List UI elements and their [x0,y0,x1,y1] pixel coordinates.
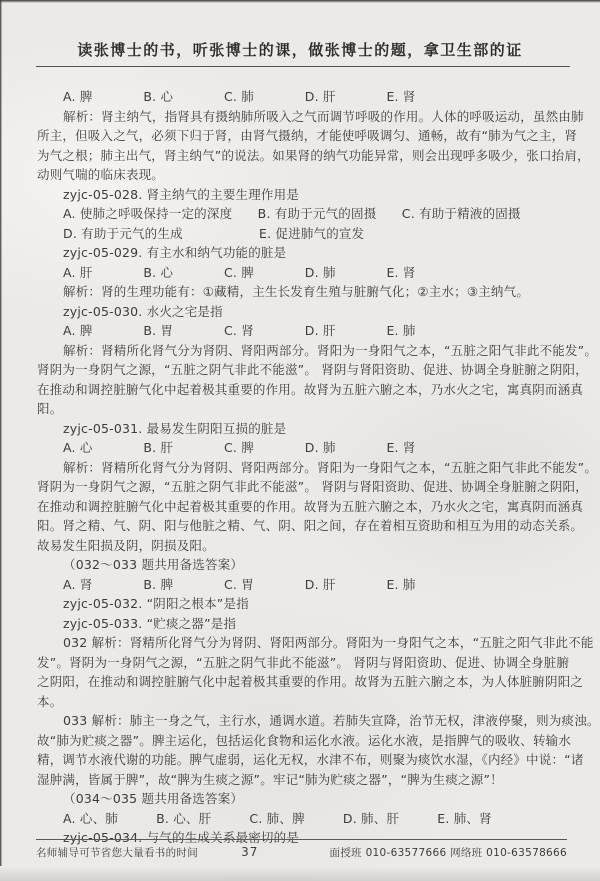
footer-left-note: 名师辅导可节省您大量看书的时间 [36,845,198,860]
text-line: zyjc-05-030. 水火之宅是指 [37,302,567,322]
text-line: zyjc-05-032. “阴阳之根本”是指 [37,594,567,614]
text-line: 肾阴为一身阴气之源，“五脏之阴气非此不能滋”。 肾阴与肾阳资助、促进、协调全身脏… [37,360,567,380]
text-line: 032 解析：肾精所化肾气分为肾阴、肾阳两部分。肾阳为一身阳气之本，“五脏之阳气… [37,633,567,653]
scan-edge-left [0,0,2,866]
page-footer: 名师辅导可节省您大量看书的时间 37 面授班 010-63577666 网络班 … [36,845,567,860]
text-line: D. 有助于元气的生成 E. 促进肺气的宣发 [37,224,567,244]
scan-edge-bottom [0,867,600,881]
scanned-page: 读张博士的书，听张博士的课，做张博士的题，拿卫生部的证 A. 脾 B. 心 C.… [0,0,600,881]
text-line: A. 肝 B. 心 C. 脾 D. 肺 E. 肾 [37,263,567,283]
text-line: 解析：肾的生理功能有：①藏精，主生长发育生殖与脏腑气化；②主水；③主纳气。 [37,282,567,302]
text-line: 阳。 [37,399,567,419]
text-line: 解析：肾精所化肾气分为肾阴、肾阳两部分。肾阳为一身阳气之本，“五脏之阳气非此不能… [37,458,567,478]
text-line: 肾阴为一身阴气之源，“五脏之阴气非此不能滋”。 肾阴与肾阳资助、促进、协调全身脏… [37,477,567,497]
text-line: 动则气喘的临床表现。 [37,165,567,185]
text-line: 精，调节水液代谢的功能。脾气虚弱，运化无权，水津不布，则聚为痰饮水湿，《内经》中… [37,750,567,770]
text-line: A. 脾 B. 心 C. 肺 D. 肝 E. 肾 [37,87,567,107]
text-line: 033 解析：肺主一身之气，主行水，通调水道。若肺失宣降，治节无权，津液停聚，则… [37,711,567,731]
text-line: A. 肾 B. 脾 C. 胃 D. 肝 E. 肺 [37,575,567,595]
text-line: 阳。肾之精、气、阴、阳与他脏之精、气、阴、阳之间，存在着相互资助和相互为用的动态… [37,516,567,536]
text-line: 之阴阳，在推动和调控脏腑气化中起着极其重要的作用。故肾为五脏六腑之本，为人体脏腑… [37,672,567,692]
text-line: 本。 [37,692,567,712]
text-line: 在推动和调控脏腑气化中起着极其重要的作用。故肾为五脏六腑之本，乃水火之宅，寓真阴… [37,380,567,400]
footer-divider [36,839,567,840]
text-line: A. 脾 B. 胃 C. 肾 D. 肝 E. 肺 [37,321,567,341]
text-line: （032～033 题共用备选答案） [37,555,567,575]
text-line: zyjc-05-029. 有主水和纳气功能的脏是 [37,243,567,263]
footer-page-number: 37 [241,845,258,859]
footer-right-contact: 面授班 010-63577666 网络班 010-63578666 [330,845,567,860]
text-line: zyjc-05-033. “贮痰之器”是指 [37,614,567,634]
text-line: 解析：肾主纳气，指肾具有摄纳肺所吸入之气而调节呼吸的作用。人体的呼吸运动，虽然由… [37,107,567,127]
scan-edge-top [0,0,600,3]
text-line: A. 心 B. 肝 C. 脾 D. 肺 E. 肾 [37,438,567,458]
text-line: 在推动和调控脏腑气化中起着极其重要的作用。故肾为五脏六腑之本，乃水火之宅，寓真阴… [37,497,567,517]
text-line: 故易发生阳损及阴，阴损及阳。 [37,536,567,556]
header-slogan: 读张博士的书，听张博士的课，做张博士的题，拿卫生部的证 [40,39,560,60]
text-line: 为气之根；肺主出气，肾主纳气”的说法。如果肾的纳气功能异常，则会出现呼多吸少，张… [37,146,567,166]
document-body: A. 脾 B. 心 C. 肺 D. 肝 E. 肾解析：肾主纳气，指肾具有摄纳肺所… [37,87,567,848]
text-line: zyjc-05-028. 肾主纳气的主要生理作用是 [37,185,567,205]
text-line: zyjc-05-031. 最易发生阴阳互损的脏是 [37,419,567,439]
text-line: （034～035 题共用备选答案） [37,789,567,809]
text-line: A. 使肺之呼吸保持一定的深度 B. 有助于元气的固摄 C. 有助于精液的固摄 [37,204,567,224]
text-line: 所主，但吸入之气，必须下归于肾，由肾气摄纳，才能使呼吸调匀、通畅，故有“肺为气之… [37,126,567,146]
text-line: 解析：肾精所化肾气分为肾阴、肾阳两部分。肾阳为一身阳气之本，“五脏之阳气非此不能… [37,341,567,361]
text-line: 发”。肾阴为一身阴气之源，“五脏之阴气非此不能滋”。 肾阴与肾阳资助、促进、协调… [37,653,567,673]
header-divider [36,66,570,67]
text-line: A. 心、肺 B. 心、肝 C. 肺、脾 D. 肺、肝 E. 肺、肾 [37,809,567,829]
text-line: 故“肺为贮痰之器”。脾主运化，包括运化食物和运化水液。运化水液，是指脾气的吸收、… [37,731,567,751]
text-line: 湿肿满，皆属于脾”，故“脾为生痰之源”。牢记“肺为贮痰之器”，“脾为生痰之源”！ [37,770,567,790]
